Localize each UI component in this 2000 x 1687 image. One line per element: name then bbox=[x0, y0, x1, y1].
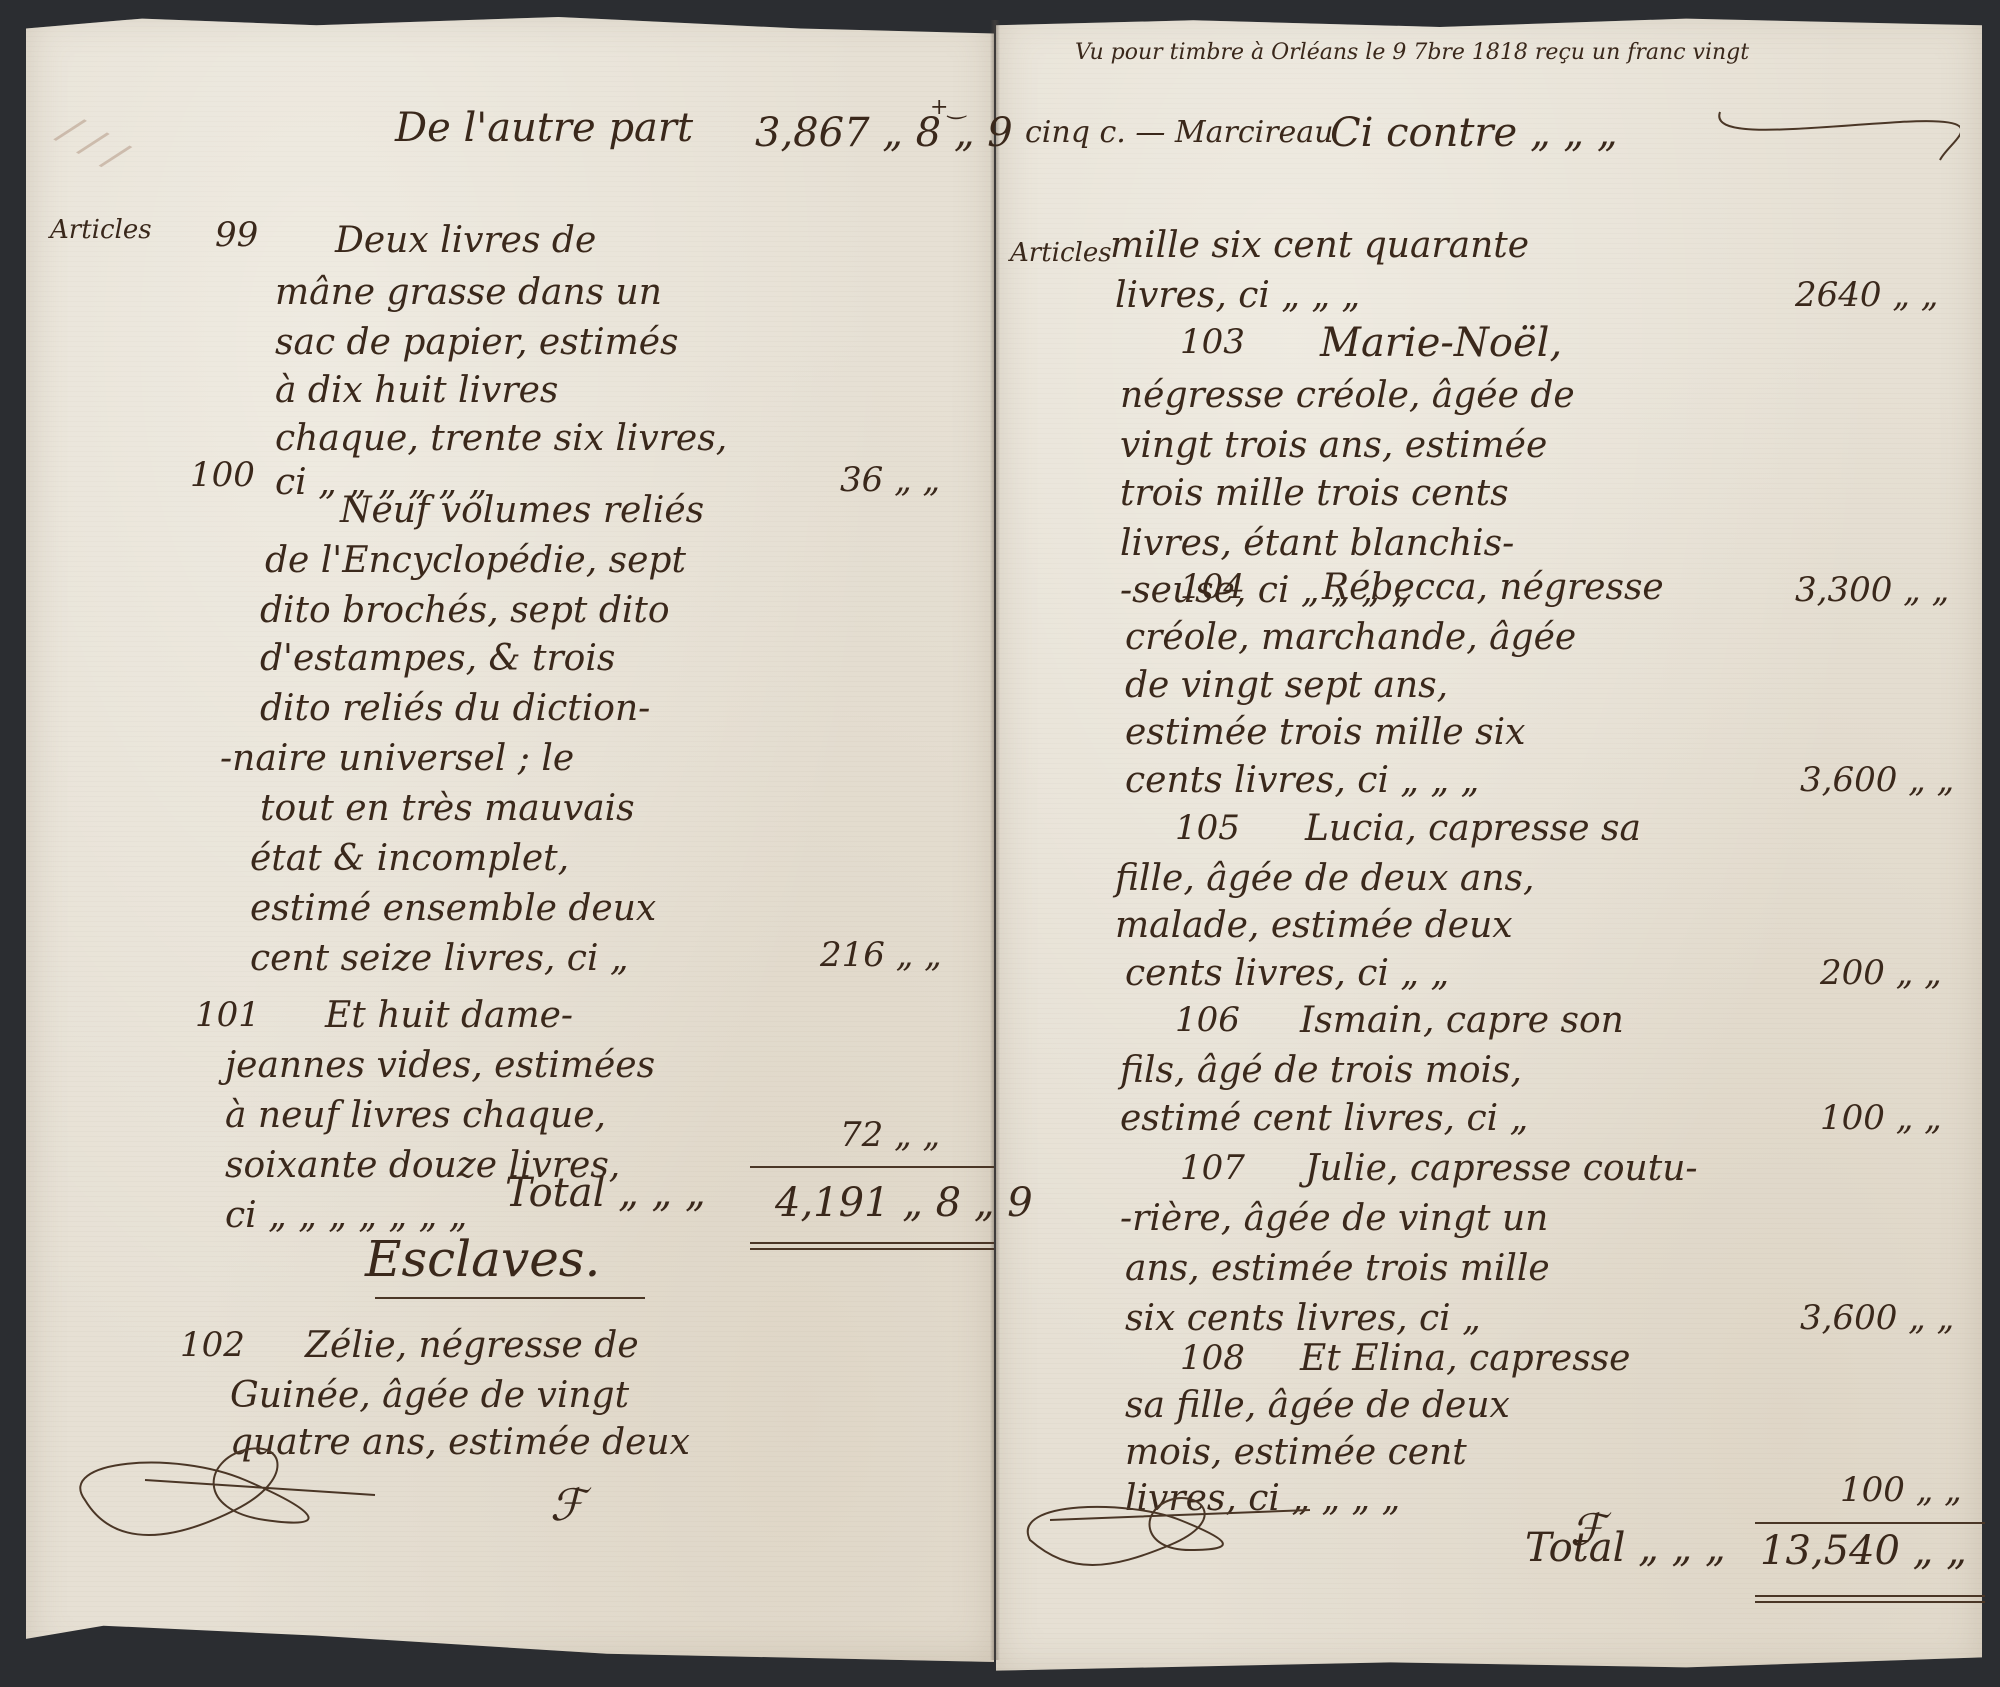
header-flourish-icon bbox=[1700, 100, 1960, 170]
footer-paraph-mark: ℱ bbox=[550, 1480, 585, 1531]
item-amount: 100 „ „ bbox=[1820, 1098, 1990, 1138]
book-spine-fold bbox=[990, 20, 1000, 1660]
item-line: Rébecca, négresse bbox=[1322, 567, 1664, 608]
item-number: 106 bbox=[1175, 1000, 1240, 1040]
item-line: malade, estimée deux bbox=[1115, 905, 1513, 946]
item-number: 100 bbox=[190, 455, 255, 495]
item-line: fille, âgée de deux ans, bbox=[1115, 858, 1534, 899]
section-heading-esclaves: Esclaves. bbox=[365, 1230, 600, 1288]
item-line: dito brochés, sept dito bbox=[260, 590, 670, 631]
continued-line: mille six cent quarante bbox=[1110, 225, 1529, 266]
item-line: ans, estimée trois mille bbox=[1125, 1248, 1550, 1289]
item-amount: 200 „ „ bbox=[1820, 953, 1990, 993]
item-line: état & incomplet, bbox=[250, 838, 569, 879]
item-line: Neuf volumes reliés bbox=[340, 490, 704, 531]
item-line: à dix huit livres bbox=[275, 370, 558, 411]
flourish-icon bbox=[1010, 1480, 1330, 1590]
flourish-icon bbox=[55, 1440, 475, 1580]
item-line: tout en très mauvais bbox=[260, 788, 635, 829]
item-amount: 3,600 „ „ bbox=[1800, 1298, 1990, 1338]
carried-forward-label: De l'autre part bbox=[395, 105, 693, 151]
item-line: Et huit dame- bbox=[325, 995, 573, 1036]
total-label: Total „ „ „ bbox=[1525, 1525, 1726, 1571]
item-number: 105 bbox=[1175, 808, 1240, 848]
item-line: Zélie, négresse de bbox=[305, 1325, 639, 1366]
articles-margin-label: Articles bbox=[50, 215, 152, 245]
item-line: vingt trois ans, estimée bbox=[1120, 425, 1547, 466]
counter-label: Ci contre „ „ „ bbox=[1330, 110, 1618, 156]
articles-margin-label: Articles bbox=[1010, 238, 1112, 268]
marginal-correction-mark: +‿ bbox=[930, 95, 966, 120]
item-amount: 36 „ „ bbox=[840, 460, 990, 500]
item-line: six cents livres, ci „ bbox=[1125, 1298, 1481, 1339]
item-line: Ismain, capre son bbox=[1300, 1000, 1624, 1041]
item-line: sac de papier, estimés bbox=[275, 322, 679, 363]
item-amount: 3,600 „ „ bbox=[1800, 760, 1990, 800]
item-line: de vingt sept ans, bbox=[1125, 665, 1448, 706]
item-line: -naire universel ; le bbox=[220, 738, 574, 779]
item-line: estimé cent livres, ci „ bbox=[1120, 1098, 1528, 1139]
item-amount: 3,300 „ „ bbox=[1795, 570, 1985, 610]
item-line: sa fille, âgée de deux bbox=[1125, 1385, 1510, 1426]
item-line: estimé ensemble deux bbox=[250, 888, 656, 929]
item-number: 104 bbox=[1180, 567, 1245, 607]
item-line: de l'Encyclopédie, sept bbox=[265, 540, 686, 581]
continued-line: livres, ci „ „ „ bbox=[1115, 275, 1360, 316]
stamp-note-line-1: Vu pour timbre à Orléans le 9 7bre 1818 … bbox=[1075, 40, 1749, 65]
item-line: à neuf livres chaque, bbox=[225, 1095, 606, 1136]
item-line: livres, étant blanchis- bbox=[1120, 523, 1514, 564]
item-line: cents livres, ci „ „ „ bbox=[1125, 760, 1479, 801]
total-amount: 4,191 „ 8 „ 9 bbox=[775, 1180, 1033, 1226]
total-double-rule bbox=[1755, 1595, 1985, 1603]
subtotal-rule bbox=[750, 1166, 994, 1168]
item-line: Julie, capresse coutu- bbox=[1305, 1148, 1698, 1189]
item-line: trois mille trois cents bbox=[1120, 473, 1509, 514]
item-line: négresse créole, âgée de bbox=[1120, 375, 1575, 416]
item-line: d'estampes, & trois bbox=[260, 638, 615, 679]
item-line: estimée trois mille six bbox=[1125, 712, 1525, 753]
total-amount: 13,540 „ „ bbox=[1760, 1528, 1967, 1574]
item-amount: 72 „ „ bbox=[840, 1115, 990, 1155]
item-line: Marie-Noël, bbox=[1320, 320, 1562, 366]
item-line: Deux livres de bbox=[335, 220, 596, 261]
item-number: 99 bbox=[215, 215, 258, 255]
item-line: cents livres, ci „ „ bbox=[1125, 953, 1449, 994]
item-number: 102 bbox=[180, 1325, 245, 1365]
item-line: Lucia, capresse sa bbox=[1305, 808, 1641, 849]
item-number: 103 bbox=[1180, 322, 1245, 362]
item-line: chaque, trente six livres, bbox=[275, 418, 727, 459]
item-number: 107 bbox=[1180, 1148, 1245, 1188]
item-number: 101 bbox=[195, 995, 260, 1035]
item-line: fils, âgé de trois mois, bbox=[1120, 1050, 1522, 1091]
item-line: créole, marchande, âgée bbox=[1125, 617, 1576, 658]
total-double-rule bbox=[750, 1242, 994, 1250]
section-heading-underline bbox=[375, 1297, 645, 1299]
item-line: Et Elina, capresse bbox=[1300, 1338, 1630, 1379]
subtotal-rule bbox=[1755, 1522, 1985, 1524]
total-label: Total „ „ „ bbox=[505, 1170, 706, 1216]
item-line: -rière, âgée de vingt un bbox=[1120, 1198, 1548, 1239]
item-line: dito reliés du diction- bbox=[260, 688, 650, 729]
footer-paraph-mark: ℱ bbox=[1570, 1505, 1605, 1556]
continued-amount: 2640 „ „ bbox=[1795, 275, 1985, 315]
carried-forward-amount: 3,867 „ 8 „ 9 bbox=[755, 110, 1013, 156]
item-line: mâne grasse dans un bbox=[275, 272, 662, 313]
item-line: mois, estimée cent bbox=[1125, 1432, 1467, 1473]
item-line: Guinée, âgée de vingt bbox=[230, 1375, 629, 1416]
stamp-note-line-2: cinq c. — Marcireau bbox=[1025, 115, 1334, 150]
item-line: cent seize livres, ci „ bbox=[250, 938, 629, 979]
item-amount: 216 „ „ bbox=[820, 935, 990, 975]
item-line: jeannes vides, estimées bbox=[225, 1045, 655, 1086]
item-amount: 100 „ „ bbox=[1840, 1470, 1990, 1510]
item-number: 108 bbox=[1180, 1338, 1245, 1378]
